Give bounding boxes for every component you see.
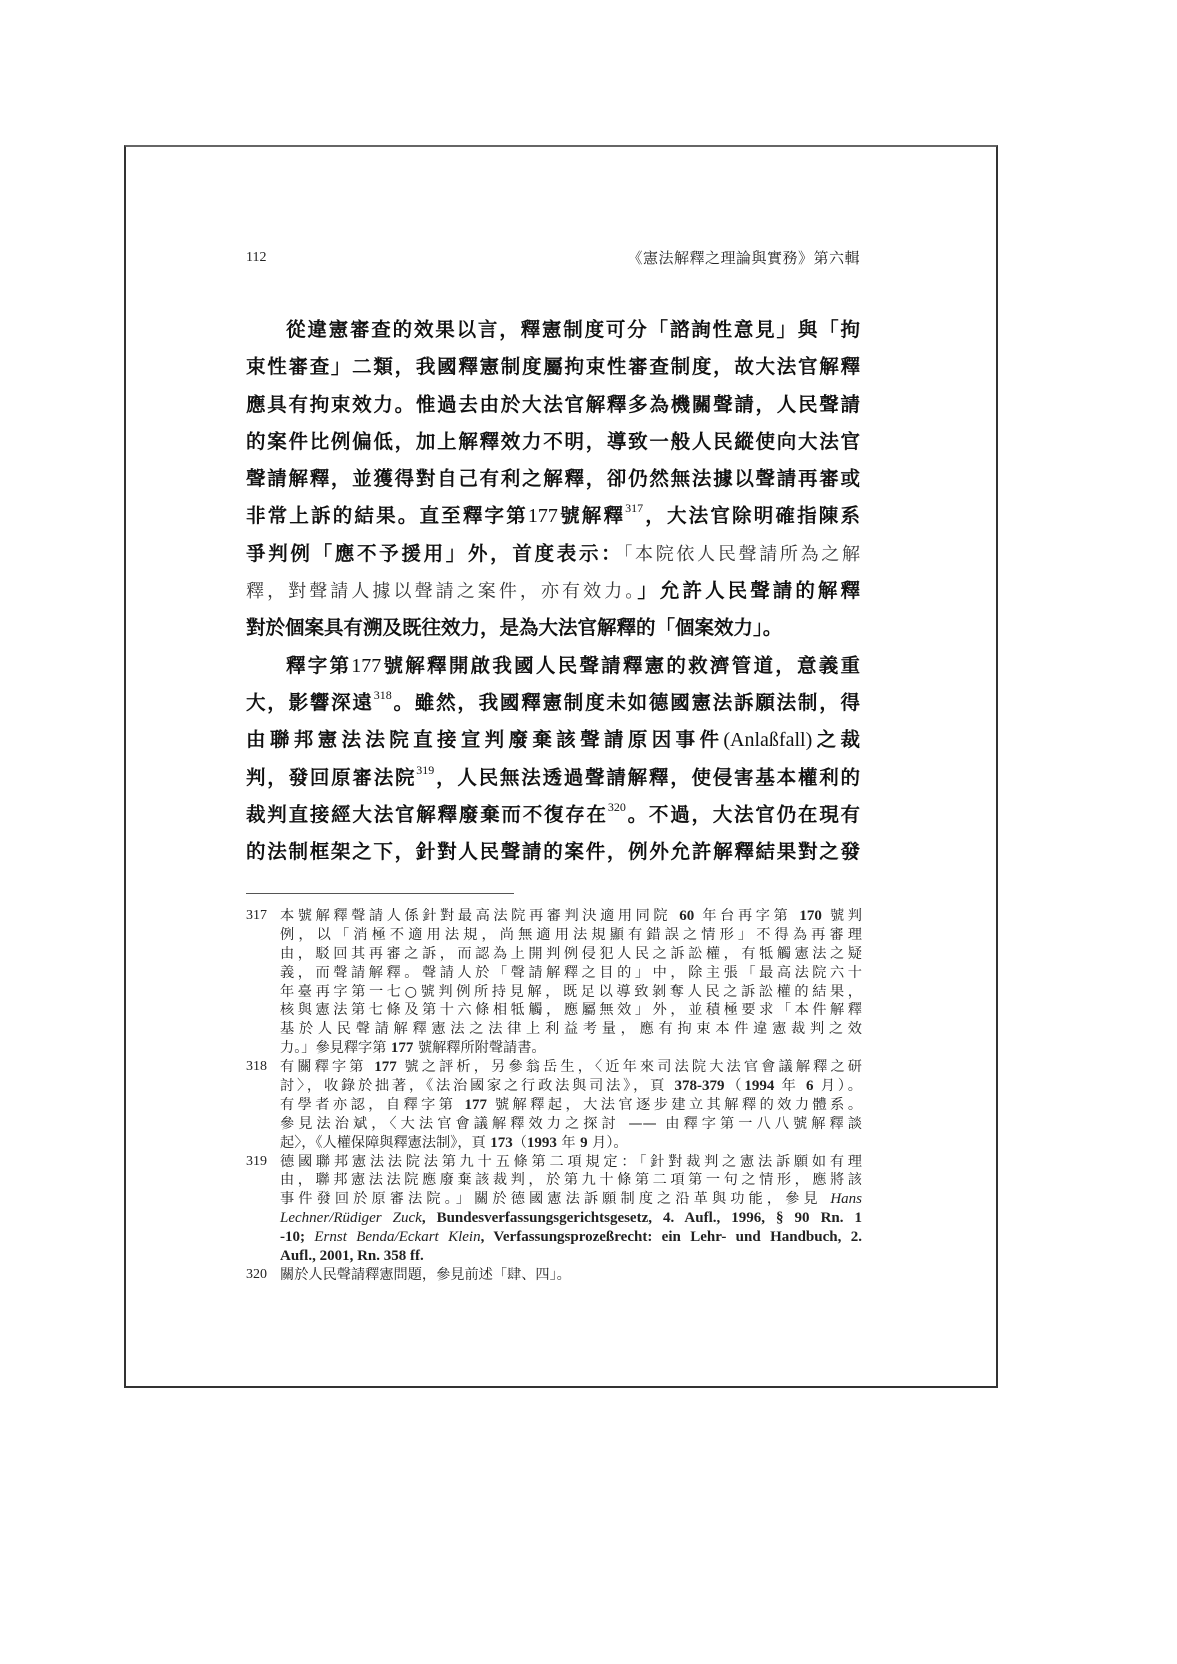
footnote-ref-320[interactable]: 320: [608, 800, 626, 814]
running-header: 112 《憲法解釋之理論與實務》第六輯: [246, 247, 860, 269]
footnote-number: 319: [246, 1153, 267, 1172]
body-line: 的案件比例偏低，加上解釋效力不明，導致一般人民縱使向大法官: [246, 423, 860, 460]
body-line: 裁判直接經大法官解釋廢棄而不復存在320。不過，大法官仍在現有: [246, 796, 860, 833]
body-line: 大，影響深遠318。雖然，我國釋憲制度未如德國憲法訴願法制，得: [246, 684, 860, 721]
body-line: 釋字第177號解釋開啟我國人民聲請釋憲的救濟管道，意義重: [246, 647, 860, 684]
footnote-ref-317[interactable]: 317: [625, 501, 643, 515]
footnote-320: 320 關於人民聲請釋憲問題，參見前述「肆、四」。: [246, 1266, 862, 1285]
book-title: 《憲法解釋之理論與實務》第六輯: [627, 247, 860, 268]
footnote-number: 320: [246, 1266, 267, 1285]
body-line: 釋，對聲請人據以聲請之案件，亦有效力。」允許人民聲請的解釋: [246, 572, 860, 609]
footnote-separator: [246, 893, 514, 894]
body-line: 對於個案具有溯及既往效力，是為大法官解釋的「個案效力」。: [246, 609, 860, 646]
footnotes: 317 本號解釋聲請人係針對最高法院再審判決適用同院 60 年台再字第 170 …: [246, 907, 862, 1285]
body-line: 判，發回原審法院319，人民無法透過聲請解釋，使侵害基本權利的: [246, 759, 860, 796]
body-line: 聲請解釋，並獲得對自己有利之解釋，卻仍然無法據以聲請再審或: [246, 460, 860, 497]
body-line: 的法制框架之下，針對人民聲請的案件，例外允許解釋結果對之發: [246, 833, 860, 870]
footnote-number: 318: [246, 1058, 267, 1077]
body-line: 爭判例「應不予援用」外，首度表示：「本院依人民聲請所為之解: [246, 535, 860, 572]
footnote-318: 318 有關釋字第 177 號之評析，另參翁岳生，〈近年來司法院大法官會議解釋之…: [246, 1058, 862, 1152]
body-line: 由聯邦憲法法院直接宣判廢棄該聲請原因事件(Anlaßfall)之裁: [246, 721, 860, 758]
footnote-ref-318[interactable]: 318: [374, 688, 392, 702]
quoted-text: 「本院依人民聲請所為之解: [623, 544, 860, 565]
body-line: 從違憲審查的效果以言，釋憲制度可分「諮詢性意見」與「拘: [246, 311, 860, 348]
footnote-319: 319 德國聯邦憲法法院法第九十五條第二項規定：「針對裁判之憲法訴願如有理 由，…: [246, 1153, 862, 1266]
footnote-number: 317: [246, 907, 267, 926]
footnote-317: 317 本號解釋聲請人係針對最高法院再審判決適用同院 60 年台再字第 170 …: [246, 907, 862, 1058]
body-line: 束性審查」二類，我國釋憲制度屬拘束性審查制度，故大法官解釋: [246, 348, 860, 385]
body-paragraphs: 從違憲審查的效果以言，釋憲制度可分「諮詢性意見」與「拘 束性審查」二類，我國釋憲…: [246, 311, 860, 870]
quoted-text: 釋，對聲請人據以聲請之案件，亦有效力。: [246, 581, 637, 602]
body-line: 應具有拘束效力。惟過去由於大法官解釋多為機關聲請，人民聲請: [246, 386, 860, 423]
page-number: 112: [246, 250, 266, 266]
footnote-ref-319[interactable]: 319: [416, 763, 434, 777]
body-line: 非常上訴的結果。直至釋字第177號解釋317，大法官除明確指陳系: [246, 497, 860, 534]
